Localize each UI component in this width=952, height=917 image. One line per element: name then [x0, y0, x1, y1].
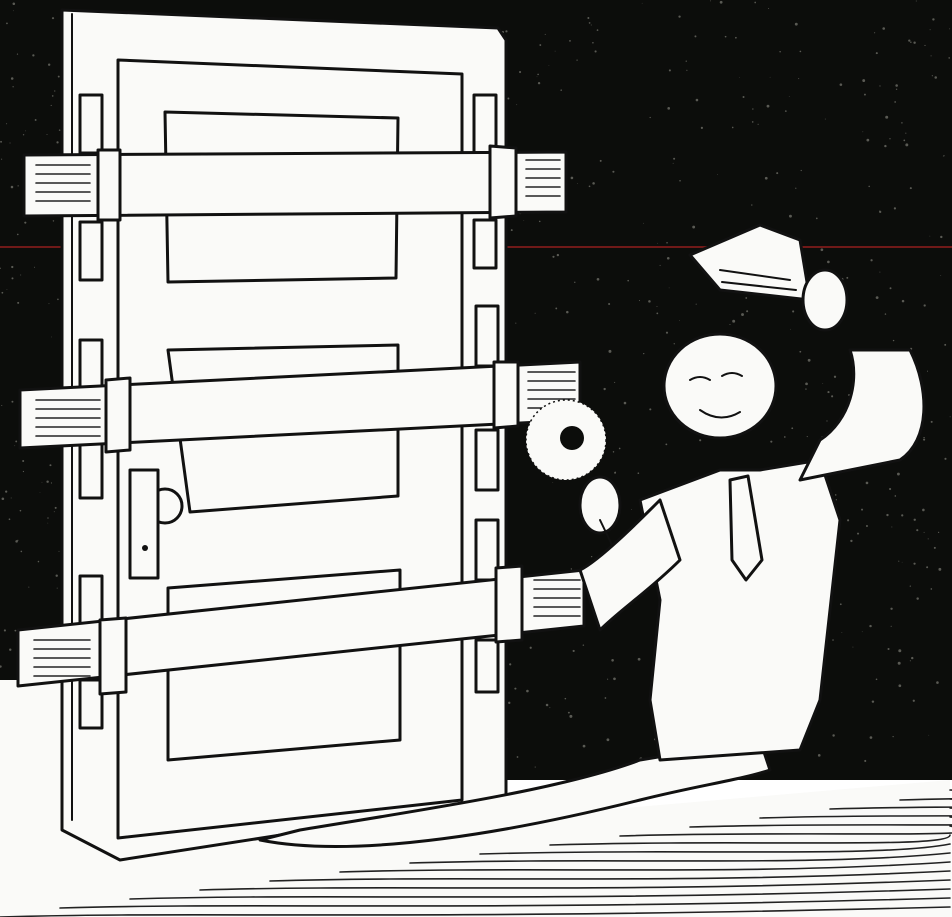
hat-hand [803, 270, 847, 330]
keyhole-plate [130, 470, 158, 578]
flower-hand [580, 477, 620, 533]
illustration-canvas [0, 0, 952, 917]
door [18, 10, 584, 860]
head [664, 334, 776, 438]
